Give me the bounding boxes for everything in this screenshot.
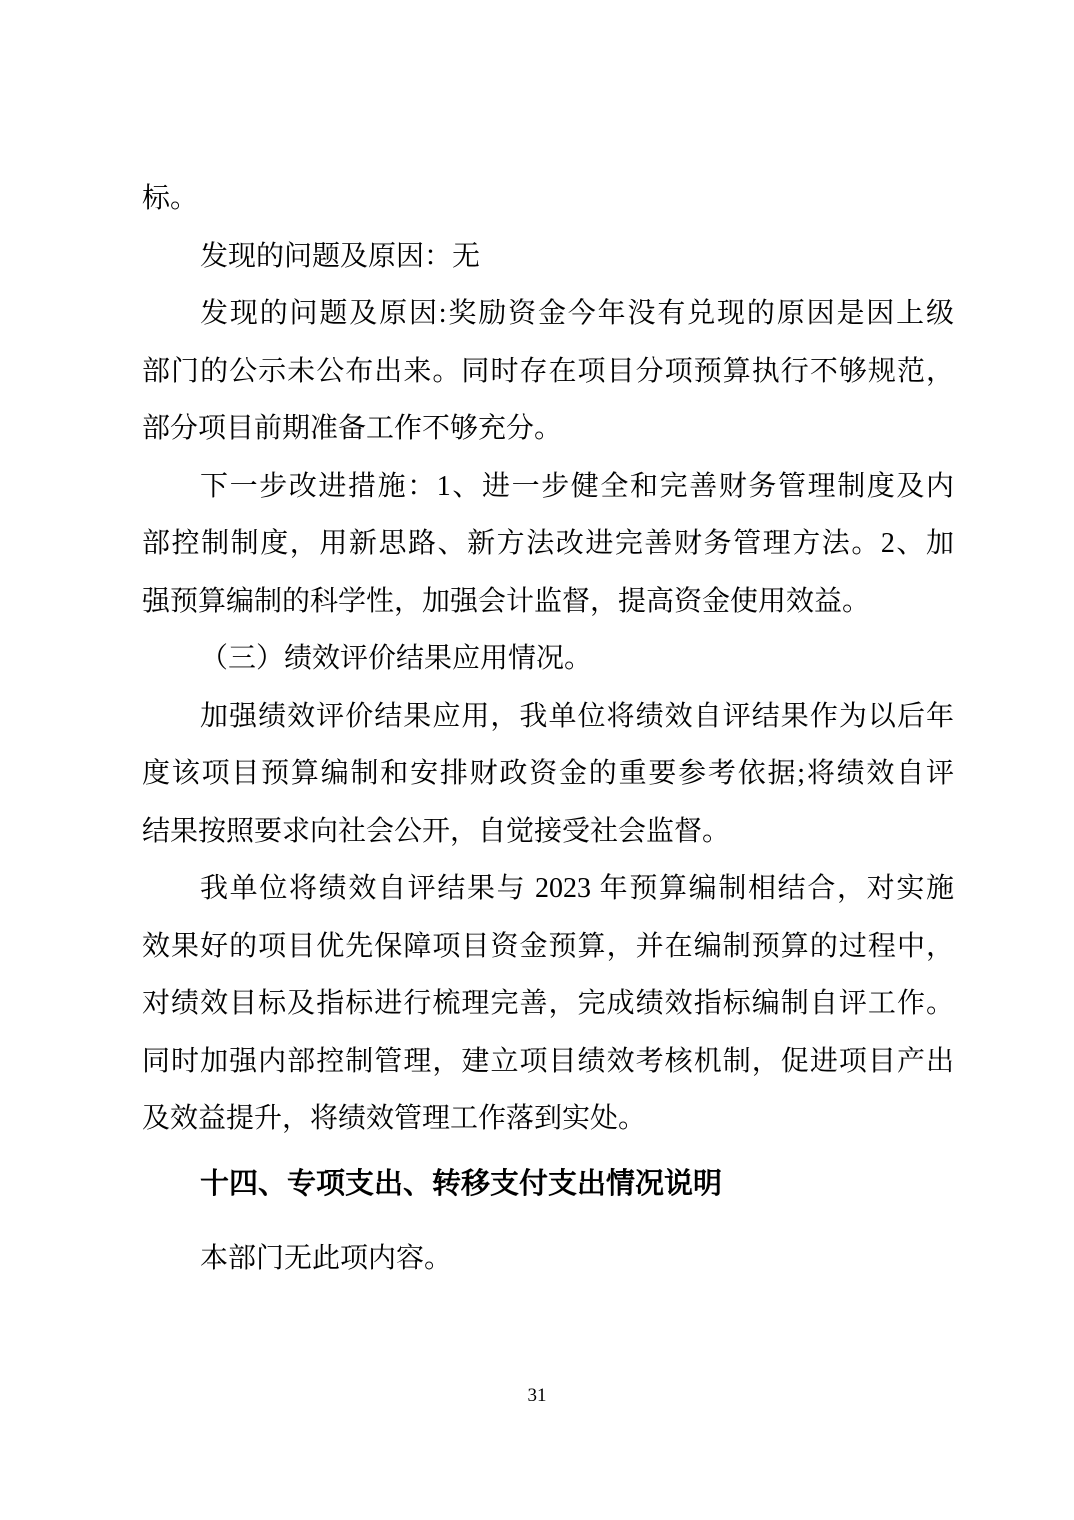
- document-body: 标。 发现的问题及原因：无 发现的问题及原因:奖励资金今年没有兑现的原因是因上级…: [142, 170, 954, 1288]
- page-number: 31: [0, 1385, 1074, 1407]
- text-line: 度该项目预算编制和安排财政资金的重要参考依据;将绩效自评: [142, 745, 954, 803]
- document-page: 标。 发现的问题及原因：无 发现的问题及原因:奖励资金今年没有兑现的原因是因上级…: [0, 0, 1074, 1520]
- text-line: 标。: [142, 170, 954, 228]
- text-line: 效果好的项目优先保障项目资金预算，并在编制预算的过程中，: [142, 918, 954, 976]
- text-line: （三）绩效评价结果应用情况。: [142, 630, 954, 688]
- text-line: 结果按照要求向社会公开，自觉接受社会监督。: [142, 803, 954, 861]
- closing-line: 本部门无此项内容。: [142, 1230, 954, 1288]
- text-line: 同时加强内部控制管理，建立项目绩效考核机制，促进项目产出: [142, 1033, 954, 1091]
- section-heading: 十四、专项支出、转移支付支出情况说明: [142, 1156, 954, 1214]
- text-line: 发现的问题及原因:奖励资金今年没有兑现的原因是因上级: [142, 285, 954, 343]
- text-line: 我单位将绩效自评结果与 2023 年预算编制相结合，对实施: [142, 860, 954, 918]
- text-line: 对绩效目标及指标进行梳理完善，完成绩效指标编制自评工作。: [142, 975, 954, 1033]
- text-line: 下一步改进措施：1、进一步健全和完善财务管理制度及内: [142, 458, 954, 516]
- text-line: 发现的问题及原因：无: [142, 228, 954, 286]
- text-line: 强预算编制的科学性，加强会计监督，提高资金使用效益。: [142, 573, 954, 631]
- text-line: 加强绩效评价结果应用，我单位将绩效自评结果作为以后年: [142, 688, 954, 746]
- text-line: 及效益提升，将绩效管理工作落到实处。: [142, 1090, 954, 1148]
- text-line: 部控制制度，用新思路、新方法改进完善财务管理方法。2、加: [142, 515, 954, 573]
- text-line: 部分项目前期准备工作不够充分。: [142, 400, 954, 458]
- text-line: 部门的公示未公布出来。同时存在项目分项预算执行不够规范，: [142, 343, 954, 401]
